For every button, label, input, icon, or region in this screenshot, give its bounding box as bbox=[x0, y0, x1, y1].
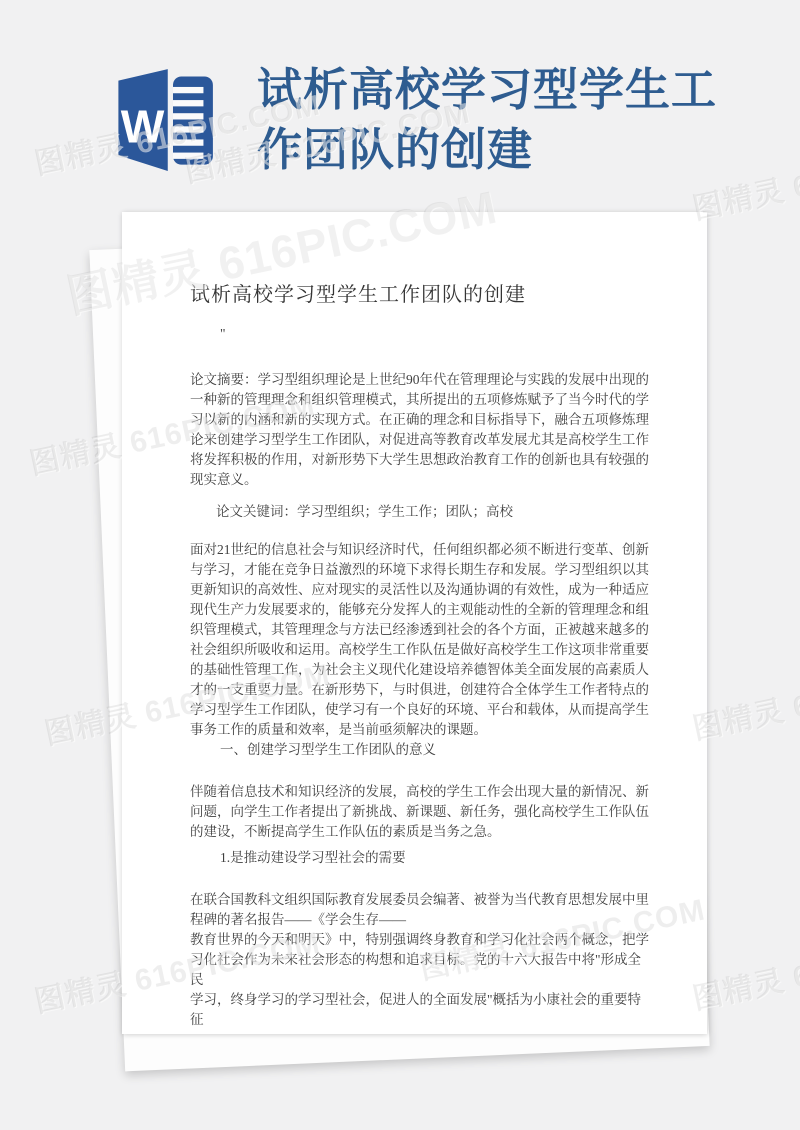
quote-mark: " bbox=[190, 324, 651, 344]
word-icon: W bbox=[110, 67, 215, 172]
intro-paragraph: 面对21世纪的信息社会与知识经济时代，任何组织都必须不断进行变革、创新 与学习，… bbox=[190, 540, 651, 740]
sub1-paragraph: 在联合国教科文组织国际教育发展委员会编著、被誉为当代教育思想发展中里 程碑的著名… bbox=[190, 890, 651, 1030]
svg-text:W: W bbox=[121, 101, 165, 153]
sub1-heading: 1.是推动建设学习型社会的需要 bbox=[190, 848, 651, 868]
document-title: 试析高校学习型学生工作团队的创建 bbox=[190, 280, 651, 310]
abstract-paragraph: 论文摘要：学习型组织理论是上世纪90年代在管理理论与实践的发展中出现的 一种新的… bbox=[190, 370, 651, 490]
page-title: 试析高校学习型学生工作团队的创建 bbox=[257, 60, 727, 180]
document-page: 试析高校学习型学生工作团队的创建 " 论文摘要：学习型组织理论是上世纪90年代在… bbox=[122, 212, 707, 1034]
section1-heading: 一、创建学习型学生工作团队的意义 bbox=[190, 740, 651, 760]
page-background: W 试析高校学习型学生工作团队的创建 试析高校学习型学生工作团队的创建 " 论文… bbox=[0, 0, 800, 1130]
keywords-line: 论文关键词：学习型组织；学生工作；团队；高校 bbox=[190, 502, 651, 522]
section1-paragraph: 伴随着信息技术和知识经济的发展，高校的学生工作会出现大量的新情况、新 问题，向学… bbox=[190, 782, 651, 842]
